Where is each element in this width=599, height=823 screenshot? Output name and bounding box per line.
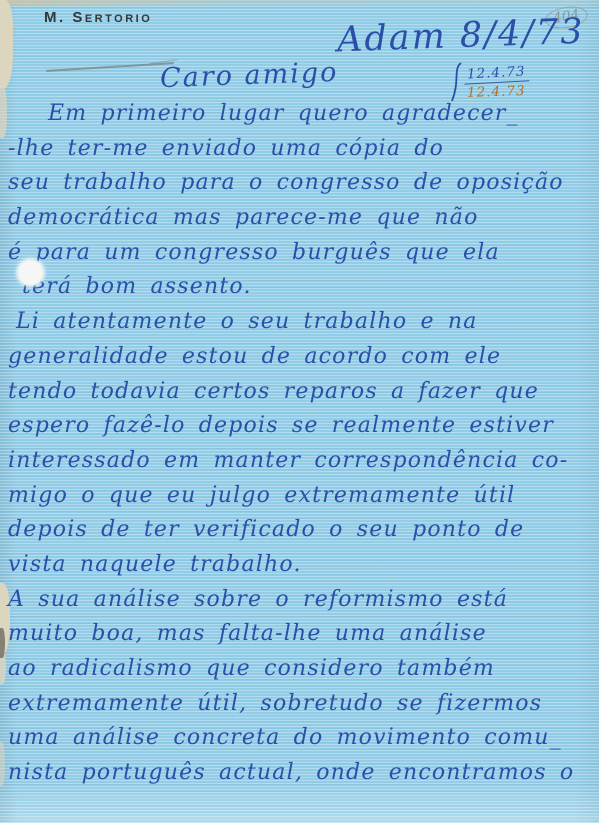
- handwritten-line: tendo todavia certos reparos a fazer que: [8, 379, 597, 414]
- bracket-stroke: [449, 61, 463, 103]
- handwritten-line: seu trabalho para o congresso de oposiçã…: [8, 170, 597, 205]
- pencil-scratch-line: [46, 62, 174, 72]
- handwritten-line: democrática mas parece-me que não: [8, 205, 597, 240]
- salutation: Caro amigo: [160, 57, 339, 94]
- handwritten-line: terá bom assento.: [8, 274, 597, 309]
- letter-body: Em primeiro lugar quero agradecer_ -lhe …: [8, 101, 597, 795]
- handwritten-line: vista naquele trabalho.: [8, 552, 597, 587]
- handwritten-line: depois de ter verificado o seu ponto de: [8, 517, 597, 552]
- torn-edge: [0, 0, 13, 88]
- torn-edge: [0, 86, 7, 138]
- handwritten-line: generalidade estou de acordo com ele: [8, 344, 597, 379]
- letterhead: M. Sertorio: [44, 9, 152, 26]
- handwritten-line: Em primeiro lugar quero agradecer_: [8, 101, 597, 136]
- handwritten-line: espero fazê-lo depois se realmente estiv…: [8, 413, 597, 448]
- handwritten-line: muito boa, mas falta-lhe uma análise: [8, 621, 597, 656]
- handwritten-line: extremamente útil, sobretudo se fizermos: [8, 691, 597, 726]
- date-heading: Adam 8/4/73: [336, 12, 585, 61]
- handwritten-line: nista português actual, onde encontramos…: [8, 760, 597, 795]
- handwritten-line: Li atentamente o seu trabalho e na: [8, 309, 597, 344]
- handwritten-line: ao radicalismo que considero também: [8, 656, 597, 691]
- torn-edge: [0, 742, 5, 786]
- edge-smudge: [0, 628, 5, 658]
- received-date-top: 12.4.73: [464, 63, 529, 84]
- handwritten-line: A sua análise sobre o reformismo está: [8, 587, 597, 622]
- letter-page: M. Sertorio 404 Adam 8/4/73 12.4.73 12.4…: [0, 0, 599, 823]
- handwritten-line: uma análise concreta do movimento comu_: [8, 725, 597, 760]
- received-date-annotation: 12.4.73 12.4.73: [449, 61, 529, 103]
- handwritten-line: interessado em manter correspondência co…: [8, 448, 597, 483]
- paper-top-edge: [0, 0, 599, 5]
- hole-punch: [17, 259, 44, 286]
- handwritten-line: migo o que eu julgo extremamente útil: [8, 483, 597, 518]
- handwritten-line: é para um congresso burguês que ela: [8, 240, 597, 275]
- handwritten-line: -lhe ter-me enviado uma cópia do: [8, 136, 597, 171]
- received-date-bottom: 12.4.73: [464, 81, 529, 100]
